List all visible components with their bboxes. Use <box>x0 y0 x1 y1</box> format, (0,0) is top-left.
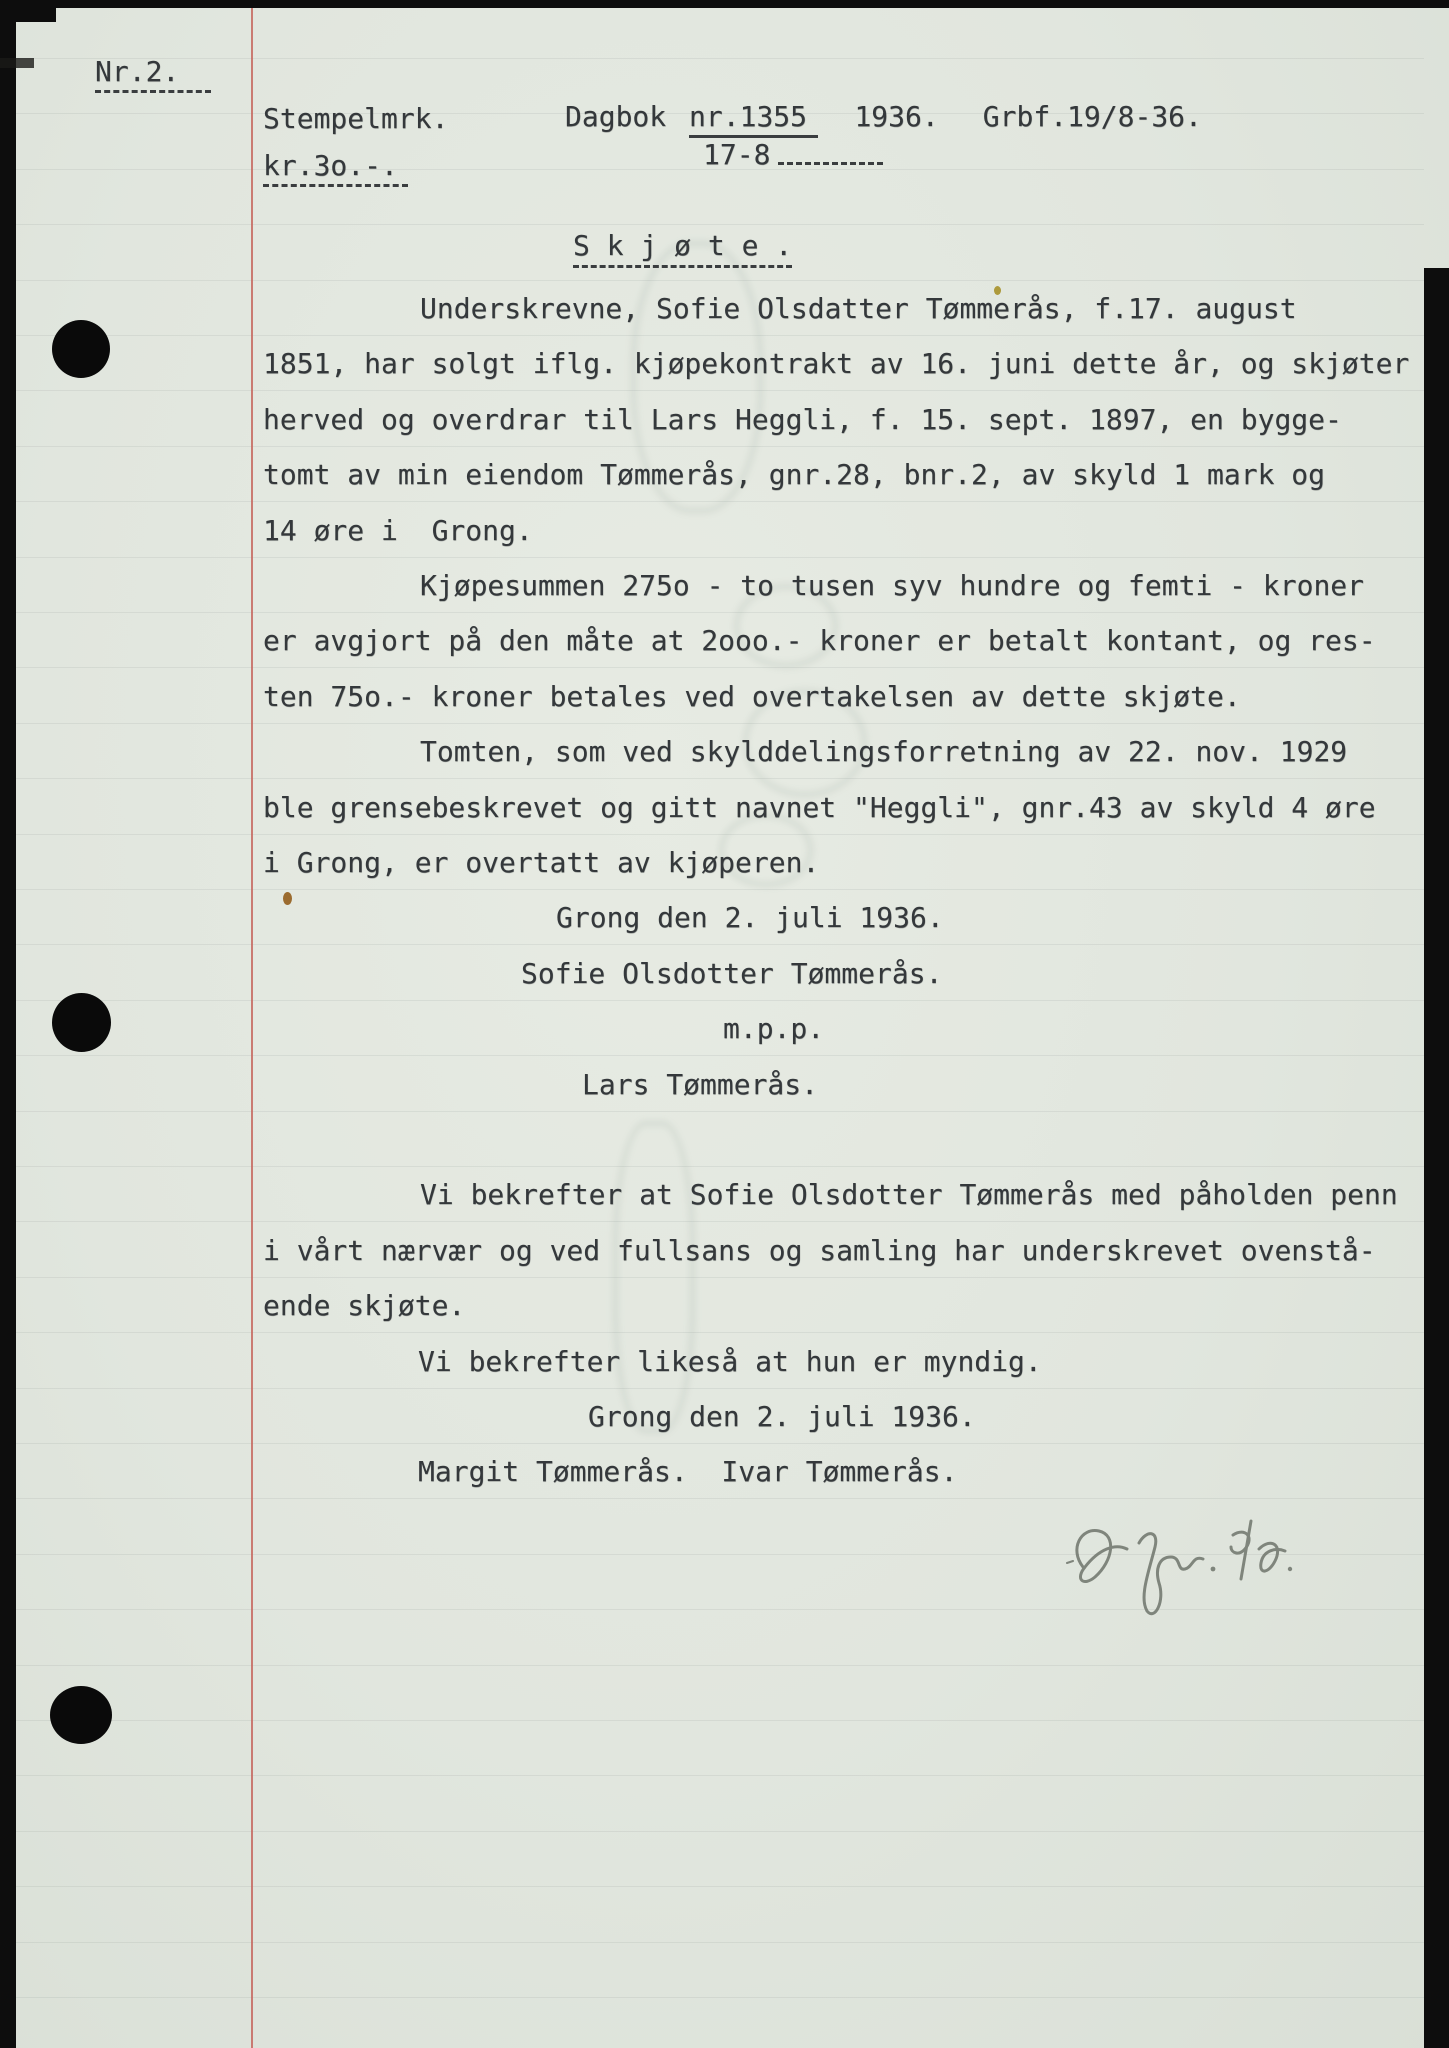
ruling-line <box>16 1443 1424 1444</box>
ruling-line <box>16 1831 1424 1832</box>
margin-line <box>251 8 253 2048</box>
ruling-line <box>16 889 1424 890</box>
ruling-line <box>16 1277 1424 1278</box>
body-line: i Grong, er overtatt av kjøperen. <box>263 846 819 879</box>
ruling-line <box>16 667 1424 668</box>
hole-punch <box>52 993 111 1052</box>
body-line: er avgjort på den måte at 2ooo.- kroner … <box>263 624 1376 657</box>
page-edge-corner <box>0 0 56 22</box>
ruling-line <box>16 1000 1424 1001</box>
signature-initials <box>1055 1505 1295 1635</box>
ruling-line <box>16 1942 1424 1943</box>
ruling-line <box>16 1332 1424 1333</box>
stamp-label: Stempelmrk. <box>263 103 448 135</box>
body-line: Tomten, som ved skylddelingsforretning a… <box>420 735 1347 768</box>
ruling-line <box>16 1498 1424 1499</box>
ruling-line <box>16 612 1424 613</box>
hole-punch <box>50 1686 112 1744</box>
journal-number-fraction: nr.135517-8 <box>689 100 818 171</box>
body-line: tomt av min eiendom Tømmerås, gnr.28, bn… <box>263 458 1325 491</box>
deed-title: S k j ø t e . <box>573 230 792 268</box>
ruling-line <box>16 1221 1424 1222</box>
body-line: herved og overdrar til Lars Heggli, f. 1… <box>263 403 1342 436</box>
fee-amount: kr.3o.-. <box>263 150 408 187</box>
ruling-line <box>16 1720 1424 1721</box>
ruling-line <box>16 944 1424 945</box>
ruling-line <box>16 58 1424 59</box>
ruling-line <box>16 224 1424 225</box>
ruling-line <box>16 1665 1424 1666</box>
journal-underline <box>778 162 883 165</box>
ruling-line <box>16 1388 1424 1389</box>
ruling-line <box>16 1111 1424 1112</box>
body-line: Grong den 2. juli 1936. <box>588 1400 976 1433</box>
body-line: Grong den 2. juli 1936. <box>556 901 944 934</box>
ruling-line <box>16 834 1424 835</box>
body-line: Vi bekrefter likeså at hun er myndig. <box>418 1345 1042 1378</box>
journal-year: 1936. <box>854 100 938 133</box>
body-line: Sofie Olsdotter Tømmerås. <box>521 957 942 990</box>
journal-entry: Dagbok nr.135517-81936.Grbf.19/8-36. <box>565 100 1202 171</box>
ruling-line <box>16 1775 1424 1776</box>
ruling-line <box>16 1166 1424 1167</box>
journal-prefix: Dagbok <box>565 100 683 133</box>
ruling-line <box>16 723 1424 724</box>
body-line: m.p.p. <box>723 1012 824 1045</box>
paper-speck <box>283 892 292 905</box>
body-line: Lars Tømmerås. <box>582 1068 818 1101</box>
body-line: ten 75o.- kroner betales ved overtakelse… <box>263 680 1241 713</box>
ruling-line <box>16 778 1424 779</box>
ruling-line <box>16 557 1424 558</box>
ruling-line <box>16 1997 1424 1998</box>
bleedthrough-ghost <box>612 1120 696 1434</box>
journal-date: 17-8 <box>689 138 770 171</box>
document-number: Nr.2. <box>95 56 211 93</box>
page-edge-top <box>0 0 1449 8</box>
paper-speck <box>994 286 1001 295</box>
body-line: 14 øre i Grong. <box>263 514 533 547</box>
body-line: Vi bekrefter at Sofie Olsdotter Tømmerås… <box>420 1178 1398 1211</box>
page-edge-right <box>1424 268 1449 2048</box>
ruling-line <box>16 1055 1424 1056</box>
scanned-ledger-page: Nr.2. Stempelmrk. Dagbok nr.135517-81936… <box>0 0 1449 2048</box>
body-line: Underskrevne, Sofie Olsdatter Tømmerås, … <box>420 292 1297 325</box>
body-line: ble grensebeskrevet og gitt navnet "Hegg… <box>263 791 1376 824</box>
hole-punch <box>52 320 110 378</box>
body-line: Kjøpesummen 275o - to tusen syv hundre o… <box>420 569 1364 602</box>
ruling-line <box>16 1886 1424 1887</box>
body-line: i vårt nærvær og ved fullsans og samling… <box>263 1234 1376 1267</box>
body-line: ende skjøte. <box>263 1289 465 1322</box>
page-edge-streak <box>0 58 34 68</box>
body-line: 1851, har solgt iflg. kjøpekontrakt av 1… <box>263 347 1409 380</box>
body-line: Margit Tømmerås. Ivar Tømmerås. <box>418 1455 957 1488</box>
journal-number: nr.1355 <box>689 100 818 138</box>
page-edge-left <box>0 0 16 2048</box>
grbf-reference: Grbf.19/8-36. <box>983 100 1202 133</box>
